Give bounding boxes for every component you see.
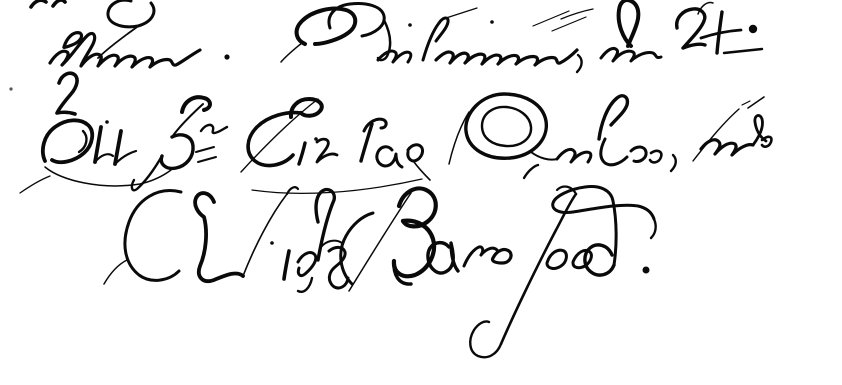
manuscript-scan xyxy=(0,0,842,385)
signature-word-niels xyxy=(104,187,348,292)
top-edge-fragment-strokes xyxy=(31,0,65,7)
ink-speck xyxy=(9,87,12,90)
word-hr-abbreviation xyxy=(132,97,227,190)
word-bistop xyxy=(241,99,430,193)
word-etcetera xyxy=(693,97,771,161)
word-christiania xyxy=(281,4,586,73)
word-ihnen xyxy=(50,0,230,67)
handwriting-canvas xyxy=(0,0,842,385)
word-date-number xyxy=(677,3,762,53)
signature-word-barfoed xyxy=(341,165,656,357)
word-dorothea xyxy=(449,94,676,171)
